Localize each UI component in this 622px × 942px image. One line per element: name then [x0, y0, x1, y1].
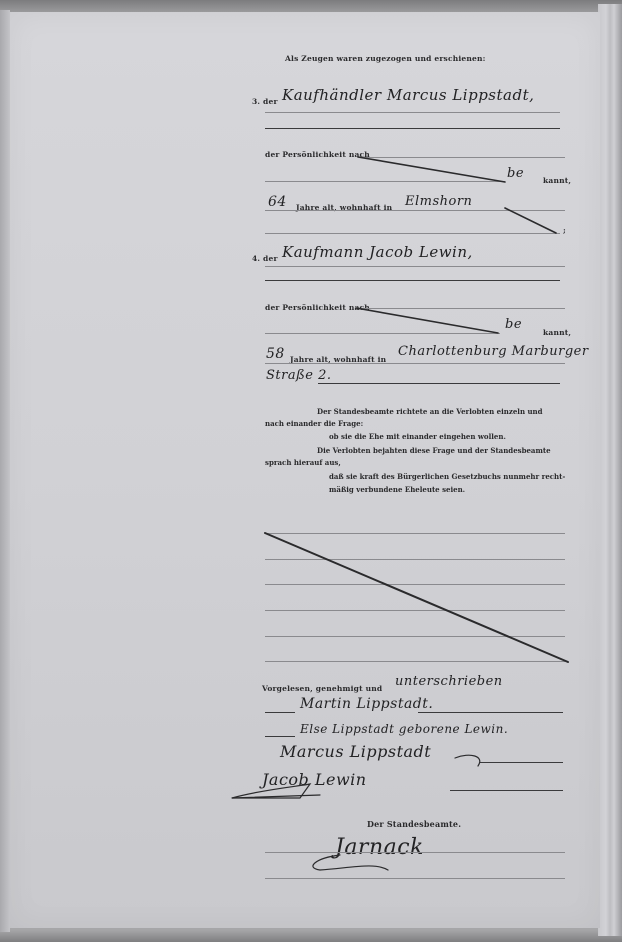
signature2-lead-dash: [265, 736, 295, 737]
witness4-residence-line2: Straße 2.: [266, 368, 332, 383]
registrar-line-1: [265, 852, 565, 853]
witness3-separator: [265, 128, 560, 129]
read-approved-handwritten: unterschrieben: [395, 674, 503, 689]
witness4-known-suffix: kannt,: [543, 328, 571, 337]
read-approved-label: Vorgelesen, genehmigt und: [262, 684, 382, 693]
blank-rule-1: [265, 533, 565, 534]
ceremony-line-7: mäßig verbundene Eheleute seien.: [265, 483, 570, 498]
blank-rule-3: [265, 584, 565, 585]
witness4-residence-fill-line: [318, 383, 560, 384]
witness3-residence: Elmshorn: [405, 194, 472, 209]
witness3-residence-line2: [265, 233, 560, 234]
witness3-name-underline: [265, 112, 560, 113]
ceremony-paragraph: Der Standesbeamte richtete an die Verlob…: [265, 405, 570, 498]
registrar-line-2: [265, 878, 565, 879]
witness4-name: Kaufmann Jacob Lewin,: [282, 243, 473, 261]
ceremony-line-3: ob sie die Ehe mit einander eingehen wol…: [265, 430, 570, 445]
witness3-residence-line: [265, 210, 565, 211]
ceremony-line-6: daß sie kraft des Bürgerlichen Gesetzbuc…: [265, 470, 570, 485]
registrar-label: Der Standesbeamte.: [367, 819, 461, 829]
ceremony-line-5: sprach hierauf aus,: [265, 456, 570, 471]
witness3-identity-label: der Persönlichkeit nach: [265, 150, 370, 159]
signature-witness3: Marcus Lippstadt: [280, 742, 431, 761]
witness4-residence: Charlottenburg Marburger: [398, 344, 589, 359]
witness3-known: be: [507, 166, 524, 181]
blank-rule-6: [265, 661, 565, 662]
signature-bride: Else Lippstadt geborene Lewin.: [300, 722, 508, 736]
witness4-number: 4. der: [252, 254, 278, 263]
blank-rule-5: [265, 636, 565, 637]
witness4-name-underline: [265, 266, 565, 267]
signature4-trailing-line: [450, 790, 563, 791]
witness3-age: 64: [268, 194, 287, 210]
blank-rule-4: [265, 610, 565, 611]
page-edge-left: [0, 10, 10, 932]
witness4-age: 58: [266, 346, 285, 362]
blank-rule-2: [265, 559, 565, 560]
witness3-known-suffix: kannt,: [543, 176, 571, 185]
witness4-known: be: [505, 317, 522, 332]
signature-witness4: Jacob Lewin: [262, 770, 367, 789]
witness4-residence-line: [265, 363, 565, 364]
signature3-trailing-line: [480, 762, 563, 763]
signature1-trailing-line: [418, 712, 563, 713]
signature1-lead-dash: [265, 712, 295, 713]
signature-groom: Martin Lippstadt.: [300, 696, 433, 712]
witness4-identity-line: [360, 308, 565, 309]
witness3-identity-line: [360, 157, 565, 158]
witness3-end-mark: ;: [563, 226, 566, 235]
registrar-signature: Jarnack: [335, 835, 424, 860]
witness3-name: Kaufhändler Marcus Lippstadt,: [282, 86, 534, 104]
witnesses-heading: Als Zeugen waren zugezogen und erschiene…: [285, 54, 486, 63]
witness4-separator: [265, 280, 560, 281]
witness4-known-line: [265, 333, 500, 334]
page-edge-right-stack: [598, 4, 622, 936]
witness3-known-line: [265, 181, 505, 182]
witness3-number: 3. der: [252, 97, 278, 106]
witness4-identity-label: der Persönlichkeit nach: [265, 303, 370, 312]
